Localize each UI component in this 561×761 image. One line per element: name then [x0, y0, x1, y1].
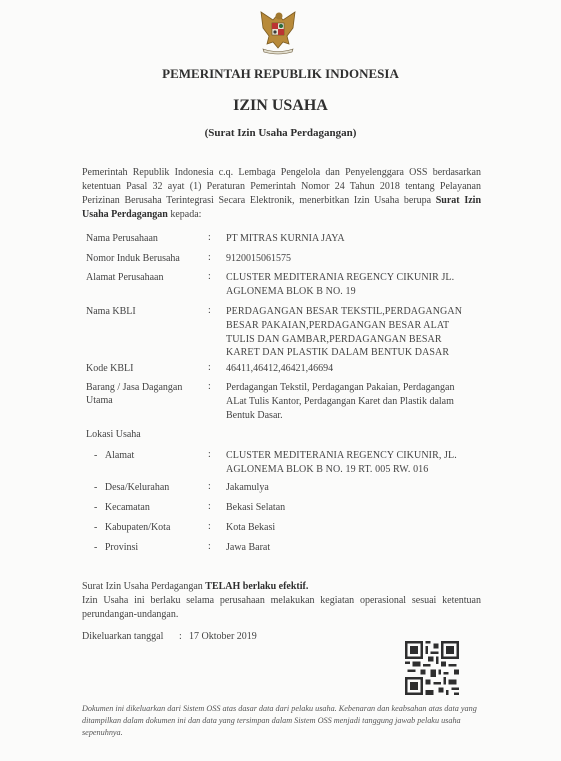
effective-bold: TELAH berlaku efektif. — [205, 581, 308, 592]
field-value: PT MITRAS KURNIA JAYA — [226, 232, 476, 246]
field-label: - Desa/Kelurahan — [94, 481, 212, 494]
field-colon: : — [208, 501, 211, 512]
government-heading: PEMERINTAH REPUBLIK INDONESIA — [0, 66, 561, 82]
issued-date: 17 Oktober 2019 — [189, 631, 257, 642]
field-colon: : — [208, 521, 211, 532]
dash: - — [94, 542, 97, 553]
label-text: Provinsi — [105, 542, 138, 553]
garuda-emblem-icon — [253, 6, 303, 56]
location-section-label: Lokasi Usaha — [86, 429, 141, 440]
field-label: Kode KBLI — [86, 362, 204, 375]
field-colon: : — [208, 541, 211, 552]
qr-code-icon — [405, 641, 459, 695]
field-value: PERDAGANGAN BESAR TEKSTIL,PERDAGANGAN BE… — [226, 305, 476, 360]
issued-colon: : — [179, 631, 182, 642]
label-text: Desa/Kelurahan — [105, 482, 169, 493]
validity-text: Izin Usaha ini berlaku selama perusahaan… — [82, 595, 481, 620]
effective-prefix: Surat Izin Usaha Perdagangan — [82, 581, 205, 592]
issued-label: Dikeluarkan tanggal — [82, 631, 163, 642]
document-title: IZIN USAHA — [0, 97, 561, 115]
field-label: Barang / Jasa Dagangan Utama — [86, 381, 198, 407]
dash: - — [94, 522, 97, 533]
intro-text: Pemerintah Republik Indonesia c.q. Lemba… — [82, 167, 481, 206]
field-label: Alamat Perusahaan — [86, 271, 204, 284]
field-colon: : — [208, 271, 211, 282]
field-label: Nomor Induk Berusaha — [86, 252, 204, 265]
field-label: - Kabupaten/Kota — [94, 521, 212, 534]
label-text: Kecamatan — [105, 502, 150, 513]
label-text: Kabupaten/Kota — [105, 522, 171, 533]
field-value: CLUSTER MEDITERANIA REGENCY CIKUNIR JL. … — [226, 271, 476, 299]
dash: - — [94, 482, 97, 493]
effective-statement: Surat Izin Usaha Perdagangan TELAH berla… — [82, 580, 481, 622]
intro-suffix: kepada: — [168, 209, 202, 220]
dash: - — [94, 502, 97, 513]
field-value: Kota Bekasi — [226, 521, 476, 535]
field-value: Perdagangan Tekstil, Perdagangan Pakaian… — [226, 381, 476, 422]
label-text: Alamat — [105, 450, 134, 461]
field-value: 46411,46412,46421,46694 — [226, 362, 476, 376]
field-value: Jakamulya — [226, 481, 476, 495]
field-colon: : — [208, 481, 211, 492]
field-colon: : — [208, 362, 211, 373]
intro-paragraph: Pemerintah Republik Indonesia c.q. Lemba… — [82, 166, 481, 222]
field-colon: : — [208, 449, 211, 460]
field-label: Nama Perusahaan — [86, 232, 204, 245]
field-value: Bekasi Selatan — [226, 501, 476, 515]
field-colon: : — [208, 252, 211, 263]
disclaimer-text: Dokumen ini dikeluarkan dari Sistem OSS … — [82, 703, 482, 739]
field-label: - Alamat — [94, 449, 212, 462]
dash: - — [94, 450, 97, 461]
field-value: Jawa Barat — [226, 541, 476, 555]
field-colon: : — [208, 305, 211, 316]
field-colon: : — [208, 232, 211, 243]
document-subtitle: (Surat Izin Usaha Perdagangan) — [0, 127, 561, 139]
issued-date-line: Dikeluarkan tanggal : 17 Oktober 2019 — [82, 631, 163, 642]
field-value: CLUSTER MEDITERANIA REGENCY CIKUNIR, JL.… — [226, 449, 476, 477]
field-label: - Kecamatan — [94, 501, 212, 514]
field-colon: : — [208, 381, 211, 392]
field-label: Nama KBLI — [86, 305, 204, 318]
field-label: - Provinsi — [94, 541, 212, 554]
field-value: 9120015061575 — [226, 252, 476, 266]
